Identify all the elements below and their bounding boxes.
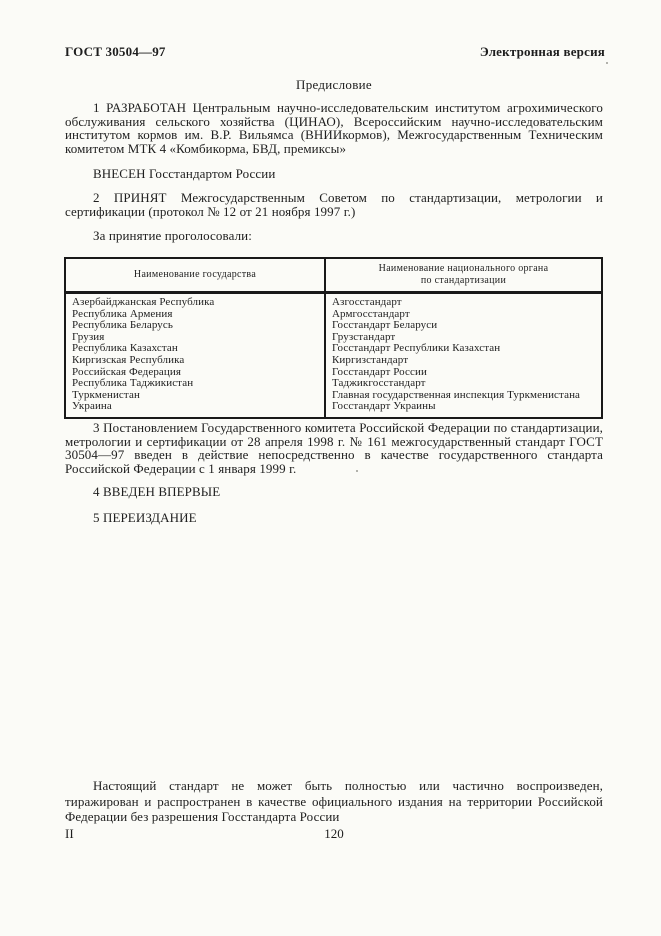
- column-header-state: Наименование государства: [65, 258, 325, 293]
- org-cell: Грузстандарт: [325, 332, 602, 344]
- org-cell: Киргизстандарт: [325, 355, 602, 367]
- paragraph-introduced-first: 4 ВВЕДЕН ВПЕРВЫЕ: [65, 485, 603, 499]
- table-row: Российская Федерация Госстандарт России: [65, 367, 602, 379]
- column-header-org: Наименование национального органа по ста…: [325, 258, 602, 293]
- state-cell: Республика Казахстан: [65, 343, 325, 355]
- state-cell: Грузия: [65, 332, 325, 344]
- document-number: ГОСТ 30504—97: [65, 44, 166, 60]
- page-number: 120: [65, 826, 603, 842]
- scan-speck: [356, 470, 358, 472]
- state-cell: Республика Таджикистан: [65, 378, 325, 390]
- org-cell: Госстандарт Республики Казахстан: [325, 343, 602, 355]
- copyright-note: Настоящий стандарт не может быть полност…: [65, 778, 603, 825]
- page-title: Предисловие: [65, 77, 603, 93]
- table-row: Республика Таджикистан Таджикгосстандарт: [65, 378, 602, 390]
- state-cell: Туркменистан: [65, 390, 325, 402]
- table-row: Украина Госстандарт Украины: [65, 401, 602, 418]
- paragraph-adopted: 2 ПРИНЯТ Межгосударственным Советом по с…: [65, 191, 603, 218]
- vote-table-body: Азербайджанская Республика Азгосстандарт…: [65, 293, 602, 418]
- state-cell: Республика Армения: [65, 309, 325, 321]
- document-page: ГОСТ 30504—97 Электронная версия Предисл…: [0, 0, 661, 936]
- column-header-org-line1: Наименование национального органа: [330, 263, 597, 275]
- table-row: Грузия Грузстандарт: [65, 332, 602, 344]
- org-cell: Азгосстандарт: [325, 293, 602, 309]
- table-row: Туркменистан Главная государственная инс…: [65, 390, 602, 402]
- paragraph-submitted: ВНЕСЕН Госстандартом России: [65, 167, 603, 181]
- header-row: Наименование государства Наименование на…: [65, 258, 602, 293]
- paragraph-developed: 1 РАЗРАБОТАН Центральным научно-исследов…: [65, 101, 603, 155]
- table-row: Республика Беларусь Госстандарт Беларуси: [65, 320, 602, 332]
- table-row: Республика Армения Армгосстандарт: [65, 309, 602, 321]
- table-row: Азербайджанская Республика Азгосстандарт: [65, 293, 602, 309]
- state-cell: Азербайджанская Республика: [65, 293, 325, 309]
- org-cell: Госстандарт России: [325, 367, 602, 379]
- org-cell: Армгосстандарт: [325, 309, 602, 321]
- scan-speck: [606, 62, 608, 64]
- state-cell: Российская Федерация: [65, 367, 325, 379]
- org-cell: Главная государственная инспекция Туркме…: [325, 390, 602, 402]
- org-cell: Таджикгосстандарт: [325, 378, 602, 390]
- page-footer: II 120: [65, 826, 603, 842]
- page-header: ГОСТ 30504—97 Электронная версия: [65, 44, 605, 60]
- state-cell: Украина: [65, 401, 325, 418]
- table-row: Киргизская Республика Киргизстандарт: [65, 355, 602, 367]
- org-cell: Госстандарт Украины: [325, 401, 602, 418]
- org-cell: Госстандарт Беларуси: [325, 320, 602, 332]
- state-cell: Республика Беларусь: [65, 320, 325, 332]
- state-cell: Киргизская Республика: [65, 355, 325, 367]
- roman-page-number: II: [65, 826, 74, 842]
- vote-intro-line: За принятие проголосовали:: [65, 229, 603, 243]
- vote-table-header: Наименование государства Наименование на…: [65, 258, 602, 293]
- paragraph-reissue: 5 ПЕРЕИЗДАНИЕ: [65, 511, 603, 525]
- paragraph-decree: 3 Постановлением Государственного комите…: [65, 421, 603, 475]
- column-header-org-line2: по стандартизации: [330, 275, 597, 287]
- table-row: Республика Казахстан Госстандарт Республ…: [65, 343, 602, 355]
- electronic-version-label: Электронная версия: [480, 44, 605, 60]
- vote-table: Наименование государства Наименование на…: [64, 257, 603, 419]
